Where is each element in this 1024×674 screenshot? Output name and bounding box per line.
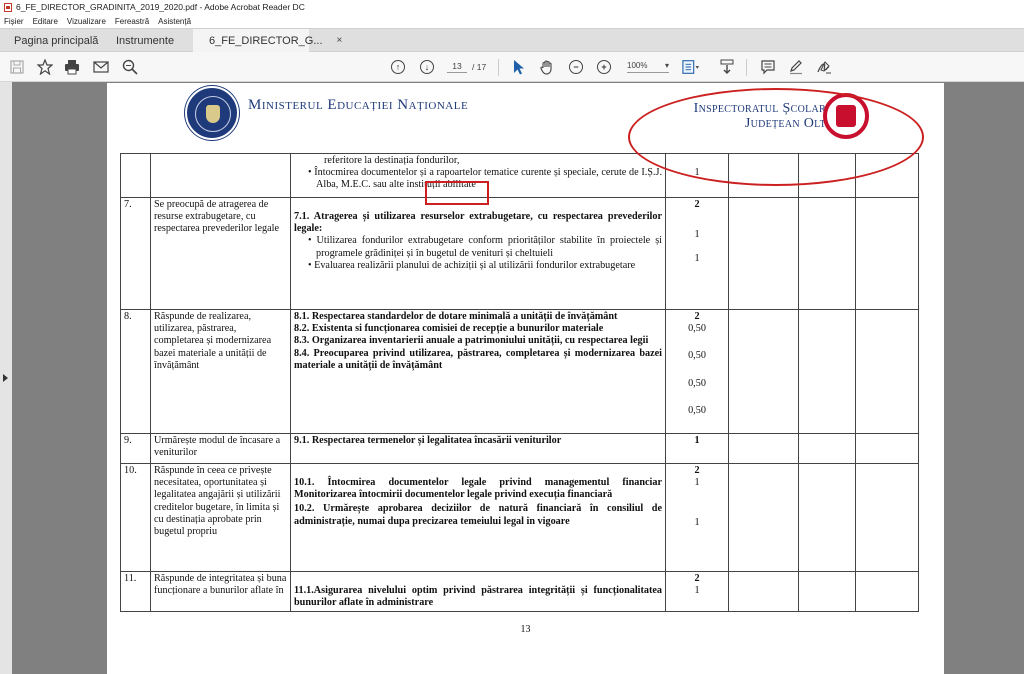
next-page-icon[interactable]: ↓ <box>420 60 434 74</box>
final-score-cell <box>856 310 919 434</box>
criteria-line: • Evaluarea realizării planului de achiz… <box>294 260 662 272</box>
toolbar-separator <box>746 59 747 76</box>
criteria-line: 10.2. Urmărește aprobarea deciziilor de … <box>294 503 662 527</box>
sign-icon[interactable] <box>815 58 833 76</box>
zoom-level-dropdown[interactable]: 100% ▾ <box>627 61 669 73</box>
criteria-line: 7.1. Atragerea și utilizarea resurselor … <box>294 211 662 235</box>
zoom-in-icon[interactable]: + <box>597 60 611 74</box>
bookmark-star-icon[interactable] <box>36 58 54 76</box>
function-cell <box>151 154 291 198</box>
page-navigator: 13 / 17 <box>447 61 486 73</box>
self-evaluation-cell <box>729 154 799 198</box>
point-value: 1 <box>669 477 725 489</box>
highlight-pen-icon[interactable] <box>787 58 805 76</box>
row-number: 7. <box>121 198 151 310</box>
point-value: 2 <box>669 573 725 585</box>
evaluation-cell <box>799 154 856 198</box>
ministry-title: Ministerul Educației Naționale <box>248 97 468 114</box>
email-icon[interactable] <box>92 58 110 76</box>
expand-panel-icon[interactable] <box>3 374 8 382</box>
points-cell: 20,500,500,500,50 <box>666 310 729 434</box>
criteria-line: 9.1. Respectarea termenelor și legalitat… <box>294 435 662 447</box>
menu-file[interactable]: Fișier <box>4 17 24 26</box>
final-score-cell <box>856 154 919 198</box>
page-fit-icon[interactable] <box>682 58 700 76</box>
table-row: 10.Răspunde în ceea ce privește necesita… <box>121 464 919 572</box>
main-toolbar: ↑ ↓ 13 / 17 − + 100% ▾ <box>0 52 1024 82</box>
evaluation-cell <box>799 198 856 310</box>
criteria-cell: 8.1. Respectarea standardelor de dotare … <box>291 310 666 434</box>
print-icon[interactable] <box>63 58 81 76</box>
menu-bar: Fișier Editare Vizualizare Fereastră Asi… <box>0 14 1024 28</box>
tab-tools[interactable]: Instrumente <box>116 29 174 52</box>
points-cell: 1 <box>666 154 729 198</box>
tab-home-label: Pagina principală <box>14 35 98 47</box>
points-cell: 21 <box>666 572 729 612</box>
row-number <box>121 154 151 198</box>
chevron-down-icon: ▾ <box>665 61 669 70</box>
point-value: 0,50 <box>669 350 725 362</box>
tab-tools-label: Instrumente <box>116 35 174 47</box>
left-panel-toggle[interactable] <box>0 82 12 674</box>
window-title-bar: 6_FE_DIRECTOR_GRADINITA_2019_2020.pdf - … <box>0 0 1024 14</box>
criteria-line: 8.1. Respectarea standardelor de dotare … <box>294 311 662 323</box>
criteria-line: 8.4. Preocuparea privind utilizarea, păs… <box>294 348 662 372</box>
evaluation-cell <box>799 434 856 464</box>
final-score-cell <box>856 572 919 612</box>
hand-tool-icon[interactable] <box>538 58 556 76</box>
pdf-file-icon <box>4 3 12 12</box>
point-value: 1 <box>669 585 725 597</box>
point-value: 2 <box>669 311 725 323</box>
close-tab-icon[interactable]: × <box>337 35 343 46</box>
inspectorate-line-1: Inspectoratul Școlar <box>694 101 826 116</box>
point-value: 0,50 <box>669 378 725 390</box>
zoom-level-value: 100% <box>627 61 647 70</box>
criteria-line: 11.1.Asigurarea nivelului optim privind … <box>294 585 662 609</box>
points-cell: 211 <box>666 464 729 572</box>
tab-bar: Pagina principală Instrumente 6_FE_DIREC… <box>0 28 1024 52</box>
comment-icon[interactable] <box>759 58 777 76</box>
evaluation-cell <box>799 464 856 572</box>
criteria-line: • Utilizarea fondurilor extrabugetare co… <box>294 235 662 259</box>
criteria-cell: 11.1.Asigurarea nivelului optim privind … <box>291 572 666 612</box>
self-evaluation-cell <box>729 198 799 310</box>
tab-document-label: 6_FE_DIRECTOR_G... <box>209 35 323 47</box>
function-cell: Răspunde de integritatea și buna funcțio… <box>151 572 291 612</box>
self-evaluation-cell <box>729 310 799 434</box>
row-number: 10. <box>121 464 151 572</box>
row-number: 9. <box>121 434 151 464</box>
evaluation-table: referitore la destinația fondurilor,• În… <box>120 153 919 612</box>
point-value: 0,50 <box>669 405 725 417</box>
criteria-line: 8.3. Organizarea inventarierii anuale a … <box>294 335 662 347</box>
self-evaluation-cell <box>729 464 799 572</box>
menu-help[interactable]: Asistență <box>158 17 191 26</box>
point-value: 1 <box>669 167 725 179</box>
total-pages: / 17 <box>472 62 486 72</box>
criteria-cell: 7.1. Atragerea și utilizarea resurselor … <box>291 198 666 310</box>
tab-document[interactable]: 6_FE_DIRECTOR_G... × <box>193 29 309 52</box>
final-score-cell <box>856 434 919 464</box>
points-cell: 211 <box>666 198 729 310</box>
save-icon[interactable] <box>8 58 26 76</box>
page-number: 13 <box>107 624 944 635</box>
government-seal-logo <box>185 86 239 140</box>
pdf-page: Ministerul Educației Naționale Inspector… <box>107 83 944 674</box>
current-page-input[interactable]: 13 <box>447 61 467 73</box>
red-box-annotation <box>425 181 489 205</box>
criteria-line: 10.1. Întocmirea documentelor legale pri… <box>294 477 662 501</box>
point-value: 1 <box>669 253 725 265</box>
function-cell: Răspunde în ceea ce privește necesitatea… <box>151 464 291 572</box>
criteria-cell: 9.1. Respectarea termenelor și legalitat… <box>291 434 666 464</box>
self-evaluation-cell <box>729 572 799 612</box>
function-cell: Se preocupă de atragerea de resurse extr… <box>151 198 291 310</box>
criteria-line: 8.2. Existenta si funcționarea comisiei … <box>294 323 662 335</box>
point-value <box>669 155 725 167</box>
menu-window[interactable]: Fereastră <box>115 17 149 26</box>
evaluation-cell <box>799 572 856 612</box>
table-row: referitore la destinația fondurilor,• În… <box>121 154 919 198</box>
function-cell: Răspunde de realizarea, utilizarea, păst… <box>151 310 291 434</box>
select-cursor-icon[interactable] <box>510 58 528 76</box>
tab-home[interactable]: Pagina principală <box>14 29 98 52</box>
points-cell: 1 <box>666 434 729 464</box>
toolbar-separator <box>498 59 499 76</box>
point-value: 2 <box>669 199 725 211</box>
menu-edit[interactable]: Editare <box>33 17 58 26</box>
table-row: 9.Urmărește modul de încasare a venituri… <box>121 434 919 464</box>
function-cell: Urmărește modul de încasare a veniturilo… <box>151 434 291 464</box>
evaluation-cell <box>799 310 856 434</box>
point-value: 1 <box>669 229 725 241</box>
point-value: 0,50 <box>669 323 725 335</box>
self-evaluation-cell <box>729 434 799 464</box>
previous-page-icon[interactable]: ↑ <box>391 60 405 74</box>
criteria-cell: 10.1. Întocmirea documentelor legale pri… <box>291 464 666 572</box>
row-number: 11. <box>121 572 151 612</box>
final-score-cell <box>856 198 919 310</box>
zoom-out-icon[interactable]: − <box>569 60 583 74</box>
menu-view[interactable]: Vizualizare <box>67 17 106 26</box>
point-value: 1 <box>669 435 725 447</box>
point-value: 1 <box>669 517 725 529</box>
final-score-cell <box>856 464 919 572</box>
inspectorate-logo <box>823 93 869 139</box>
find-zoom-icon[interactable] <box>121 58 139 76</box>
table-row: 11.Răspunde de integritatea și buna func… <box>121 572 919 612</box>
point-value: 2 <box>669 465 725 477</box>
table-row: 8.Răspunde de realizarea, utilizarea, pă… <box>121 310 919 434</box>
inspectorate-line-2: Județean Olt <box>694 116 826 131</box>
window-title: 6_FE_DIRECTOR_GRADINITA_2019_2020.pdf - … <box>16 2 305 12</box>
scroll-mode-icon[interactable] <box>718 58 736 76</box>
row-number: 8. <box>121 310 151 434</box>
inspectorate-title: Inspectoratul Școlar Județean Olt <box>694 101 826 131</box>
criteria-line: referitore la destinația fondurilor, <box>294 155 662 167</box>
table-row: 7.Se preocupă de atragerea de resurse ex… <box>121 198 919 310</box>
